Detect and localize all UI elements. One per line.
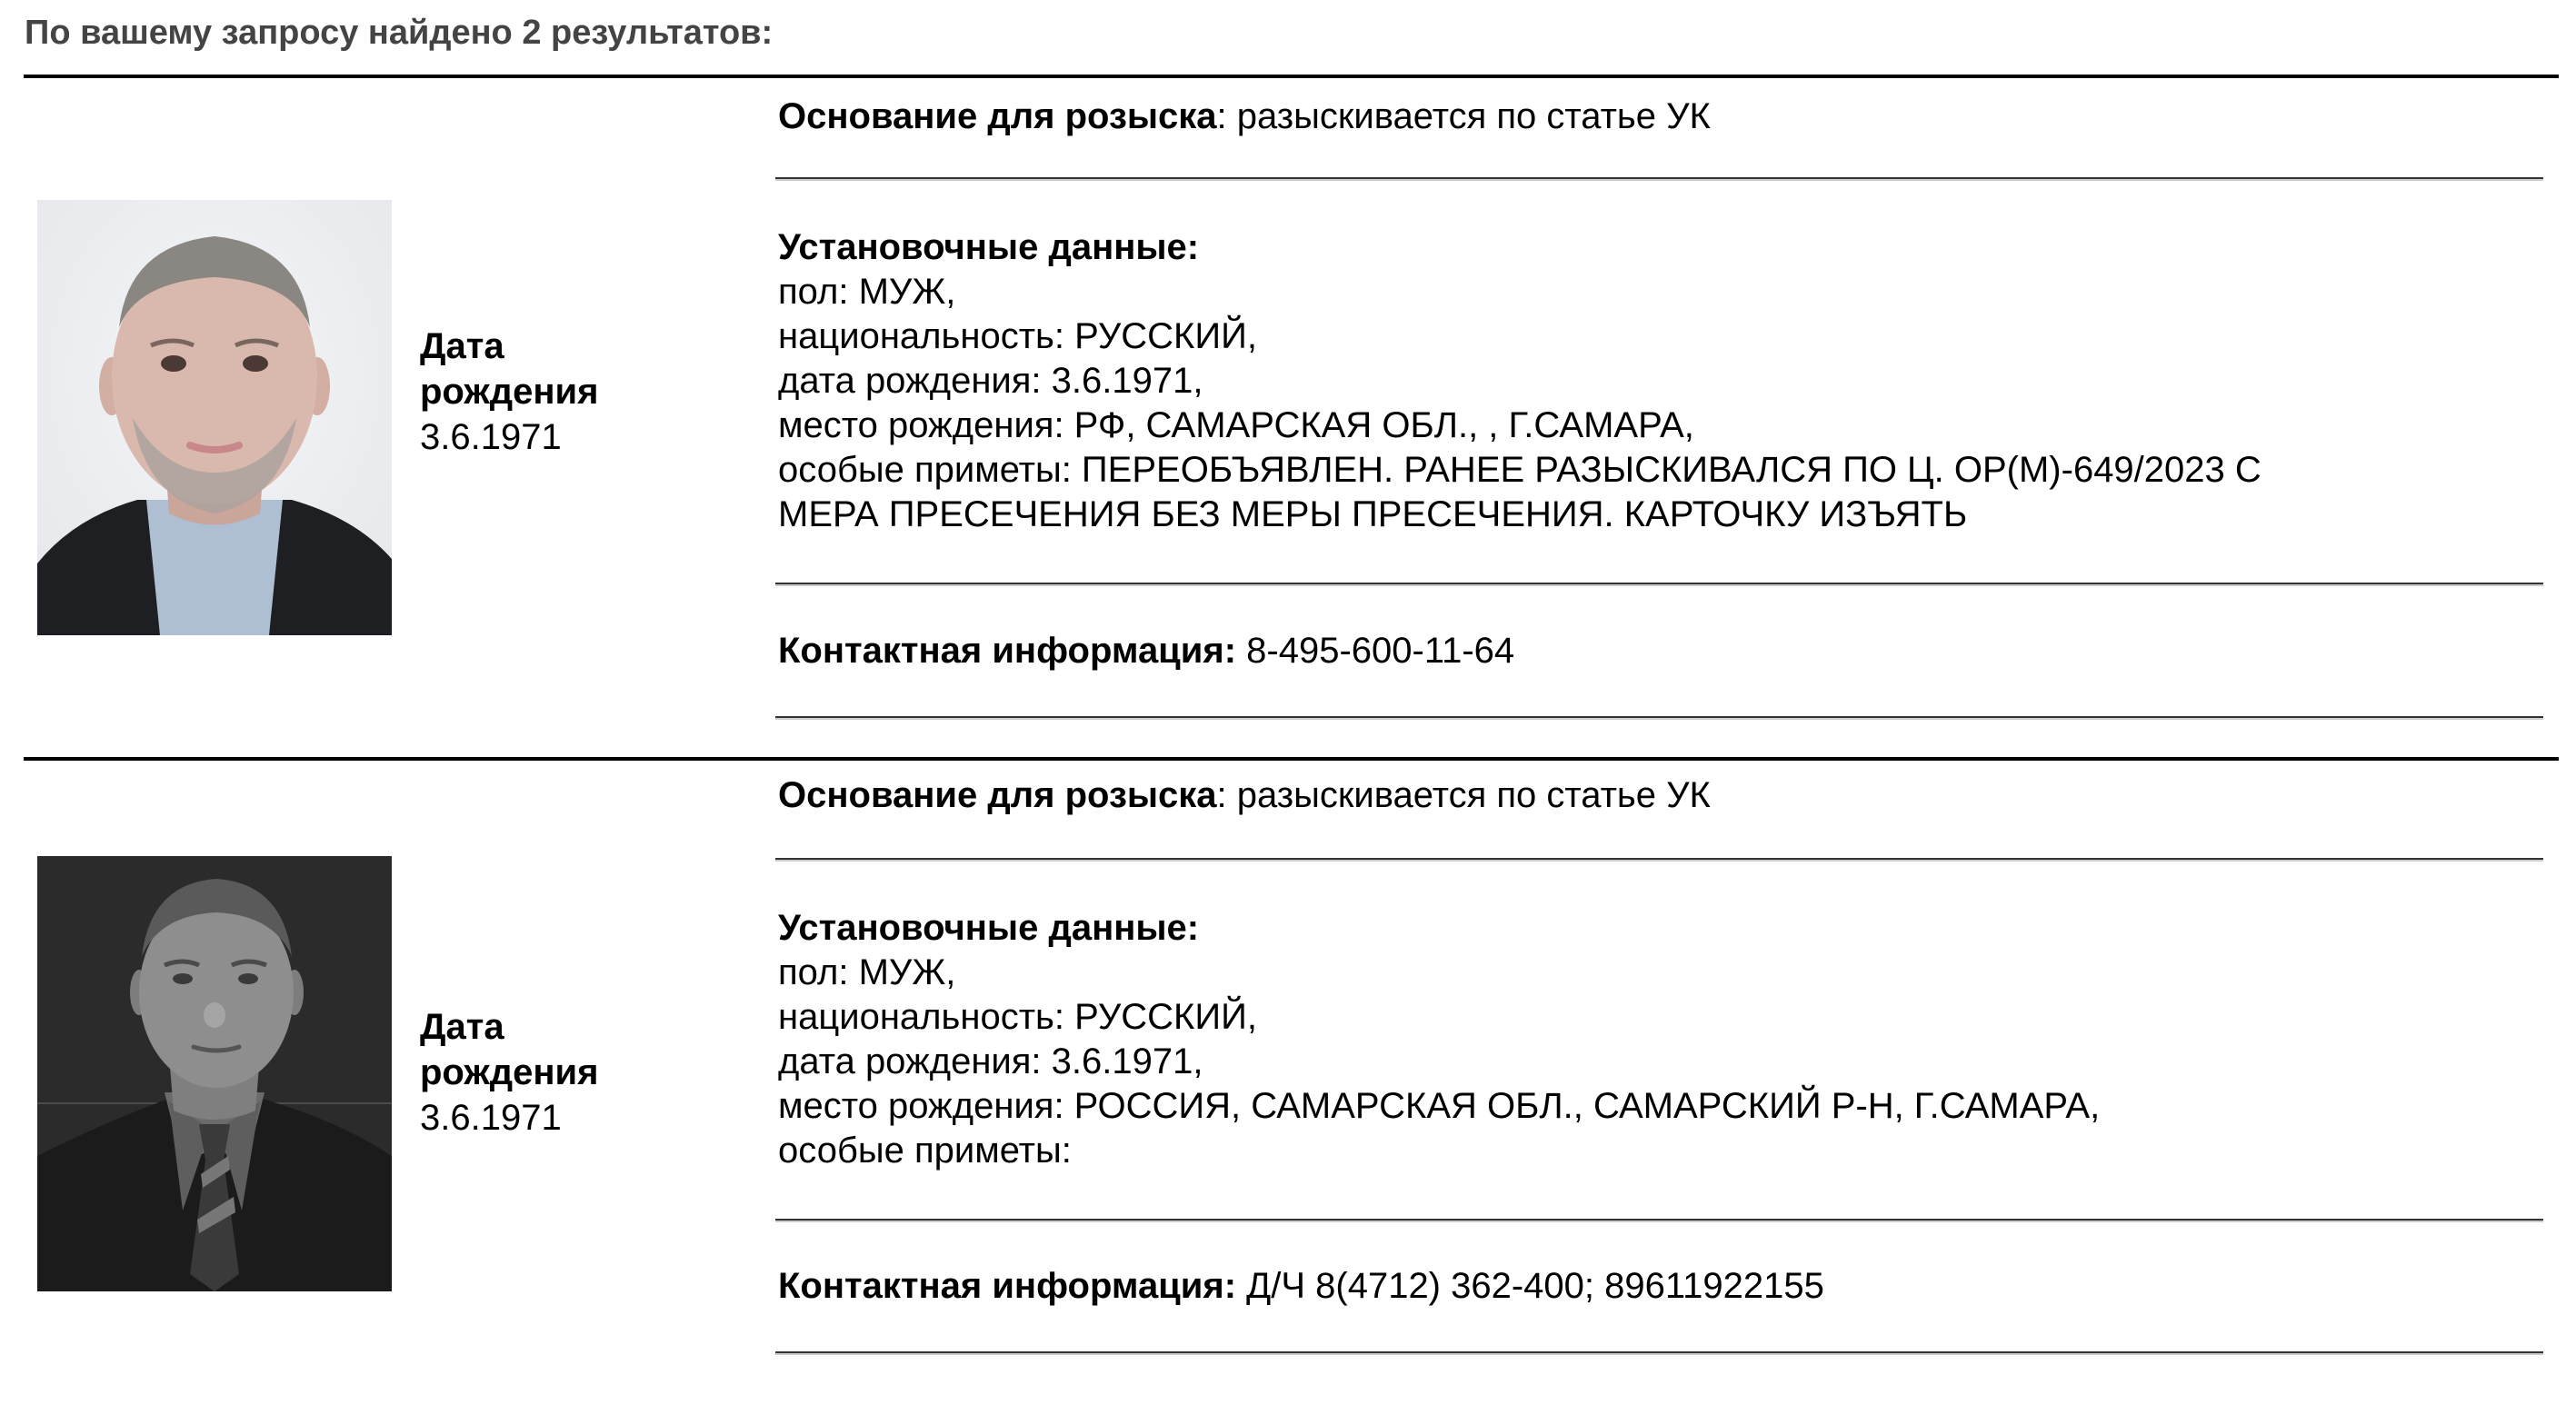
identification-line: дата рождения: 3.6.1971, — [778, 1040, 2100, 1084]
section-divider — [775, 177, 2543, 181]
identification-line: МЕРА ПРЕСЕЧЕНИЯ БЕЗ МЕРЫ ПРЕСЕЧЕНИЯ. КАР… — [778, 493, 2261, 537]
birth-date-value: 3.6.1971 — [420, 1095, 598, 1141]
contact-info-value: Д/Ч 8(4712) 362-400; 89611922155 — [1246, 1266, 1824, 1306]
identification-line: особые приметы: ПЕРЕОБЪЯВЛЕН. РАНЕЕ РАЗЫ… — [778, 448, 2261, 493]
contact-info: Контактная информация: Д/Ч 8(4712) 362-4… — [778, 1264, 1824, 1309]
identification-line: место рождения: РФ, САМАРСКАЯ ОБЛ., , Г.… — [778, 404, 2261, 448]
identification-line: дата рождения: 3.6.1971, — [778, 359, 2261, 404]
wanted-basis: Основание для розыска: разыскивается по … — [778, 95, 1711, 139]
identification-line: особые приметы: — [778, 1129, 2100, 1173]
identification-data: Установочные данные: пол: МУЖ, националь… — [778, 906, 2100, 1173]
wanted-basis-value: разыскивается по статье УК — [1237, 775, 1711, 815]
birth-date-label-line2: рождения — [420, 369, 598, 414]
contact-info: Контактная информация: 8-495-600-11-64 — [778, 629, 1514, 673]
section-divider — [775, 716, 2543, 720]
wanted-basis: Основание для розыска: разыскивается по … — [778, 773, 1711, 818]
identification-data: Установочные данные: пол: МУЖ, националь… — [778, 225, 2261, 537]
wanted-basis-label: Основание для розыска — [778, 775, 1217, 815]
suspect-photo — [37, 856, 392, 1291]
contact-info-label: Контактная информация: — [778, 1266, 1236, 1306]
birth-date-label-line2: рождения — [420, 1050, 598, 1095]
contact-info-value: 8-495-600-11-64 — [1246, 631, 1514, 671]
identification-line: место рождения: РОССИЯ, САМАРСКАЯ ОБЛ., … — [778, 1084, 2100, 1129]
section-divider — [775, 858, 2543, 862]
person-photo-icon — [37, 856, 392, 1291]
birth-date-label-line1: Дата — [420, 324, 598, 369]
section-divider — [775, 1219, 2543, 1222]
contact-info-space — [1236, 631, 1246, 671]
section-divider — [775, 1351, 2543, 1355]
contact-info-space — [1236, 1266, 1246, 1306]
wanted-basis-colon: : — [1217, 96, 1237, 136]
wanted-record: Дата рождения 3.6.1971 Основание для роз… — [0, 78, 2576, 758]
wanted-basis-label: Основание для розыска — [778, 96, 1217, 136]
birth-date-summary: Дата рождения 3.6.1971 — [420, 324, 598, 460]
wanted-basis-value: разыскивается по статье УК — [1237, 96, 1711, 136]
wanted-record: Дата рождения 3.6.1971 Основание для роз… — [0, 761, 2576, 1397]
person-photo-icon — [37, 200, 392, 635]
birth-date-summary: Дата рождения 3.6.1971 — [420, 1004, 598, 1141]
identification-line: пол: МУЖ, — [778, 270, 2261, 314]
birth-date-label-line1: Дата — [420, 1004, 598, 1050]
identification-label: Установочные данные: — [778, 906, 2100, 951]
birth-date-value: 3.6.1971 — [420, 414, 598, 460]
identification-line: национальность: РУССКИЙ, — [778, 995, 2100, 1040]
results-count-heading: По вашему запросу найдено 2 результатов: — [25, 12, 773, 54]
suspect-photo — [37, 200, 392, 635]
identification-line: пол: МУЖ, — [778, 951, 2100, 995]
wanted-basis-colon: : — [1217, 775, 1237, 815]
identification-label: Установочные данные: — [778, 225, 2261, 270]
section-divider — [775, 583, 2543, 586]
contact-info-label: Контактная информация: — [778, 631, 1236, 671]
identification-line: национальность: РУССКИЙ, — [778, 314, 2261, 359]
